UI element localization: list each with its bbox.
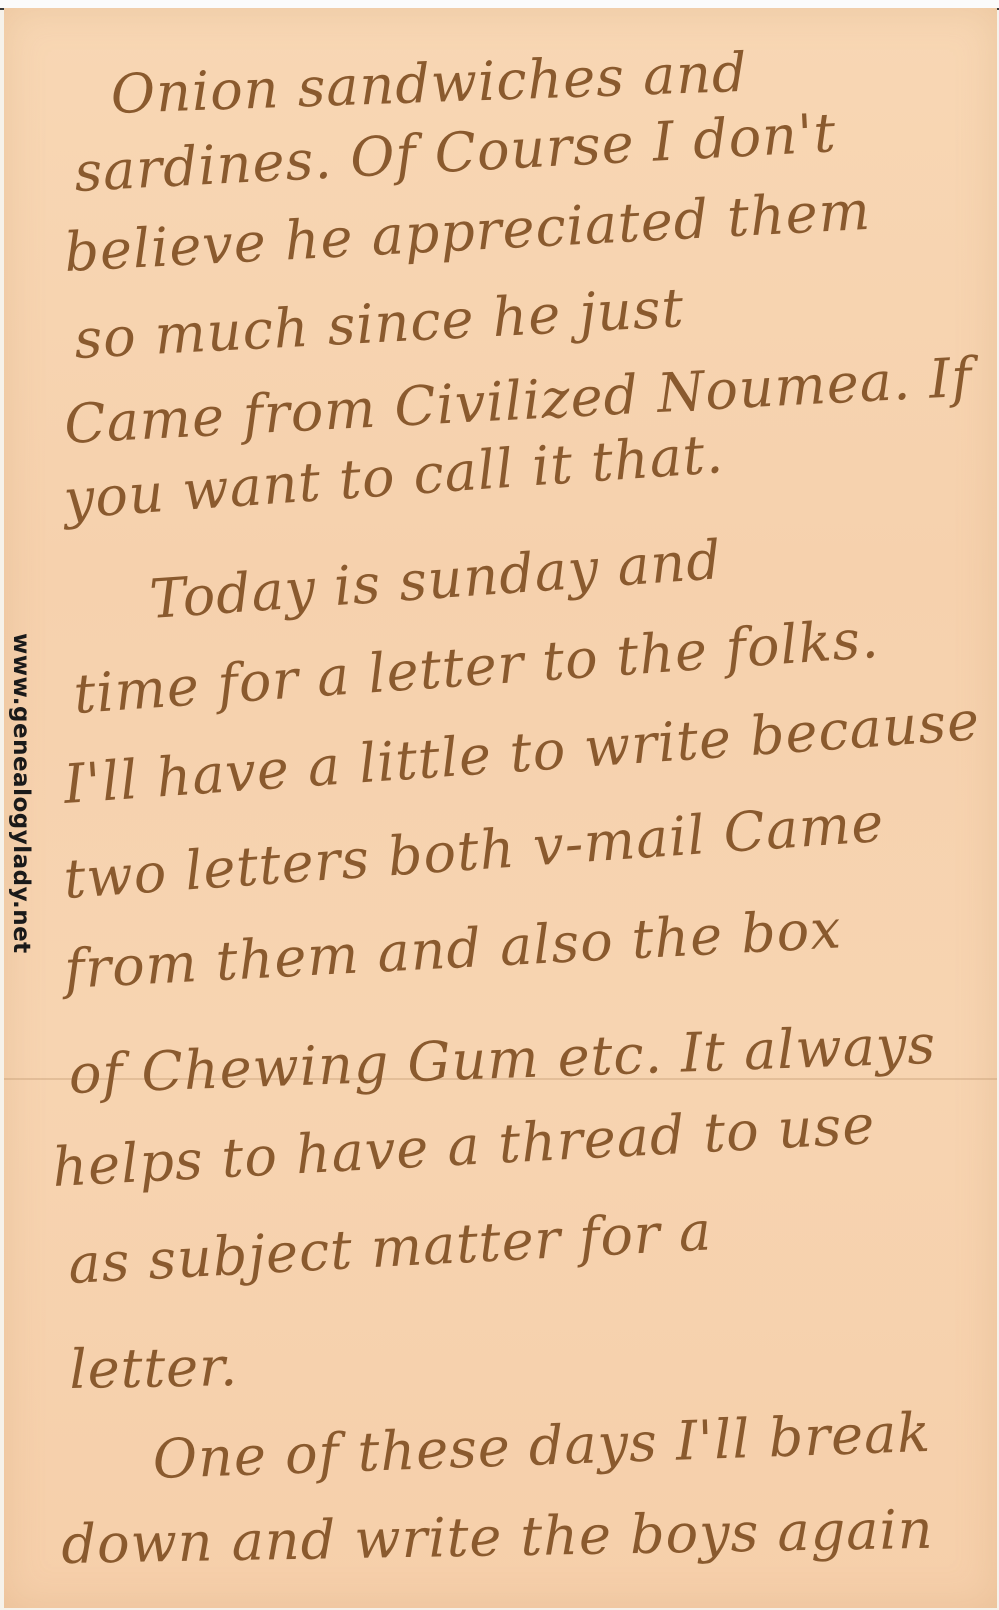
letter-line: of Chewing Gum etc. It always	[68, 1013, 937, 1106]
watermark-text: www.genealogylady.net	[8, 633, 34, 954]
letter-line: as subject matter for a	[67, 1199, 714, 1296]
letter-line: One of these days I'll break	[152, 1401, 932, 1491]
letter-line: letter.	[69, 1335, 239, 1401]
letter-page: www.genealogylady.net Onion sandwiches a…	[4, 8, 997, 1608]
letter-line: two letters both v-mail Came	[62, 791, 887, 911]
watermark: www.genealogylady.net	[14, 633, 54, 993]
letter-line: down and write the boys again	[61, 1498, 934, 1576]
letter-line: Today is sunday and	[148, 528, 724, 631]
letter-line: from them and also the box	[63, 897, 843, 1001]
letter-line: helps to have a thread to use	[51, 1093, 877, 1199]
letter-line: so much since he just	[73, 276, 686, 371]
